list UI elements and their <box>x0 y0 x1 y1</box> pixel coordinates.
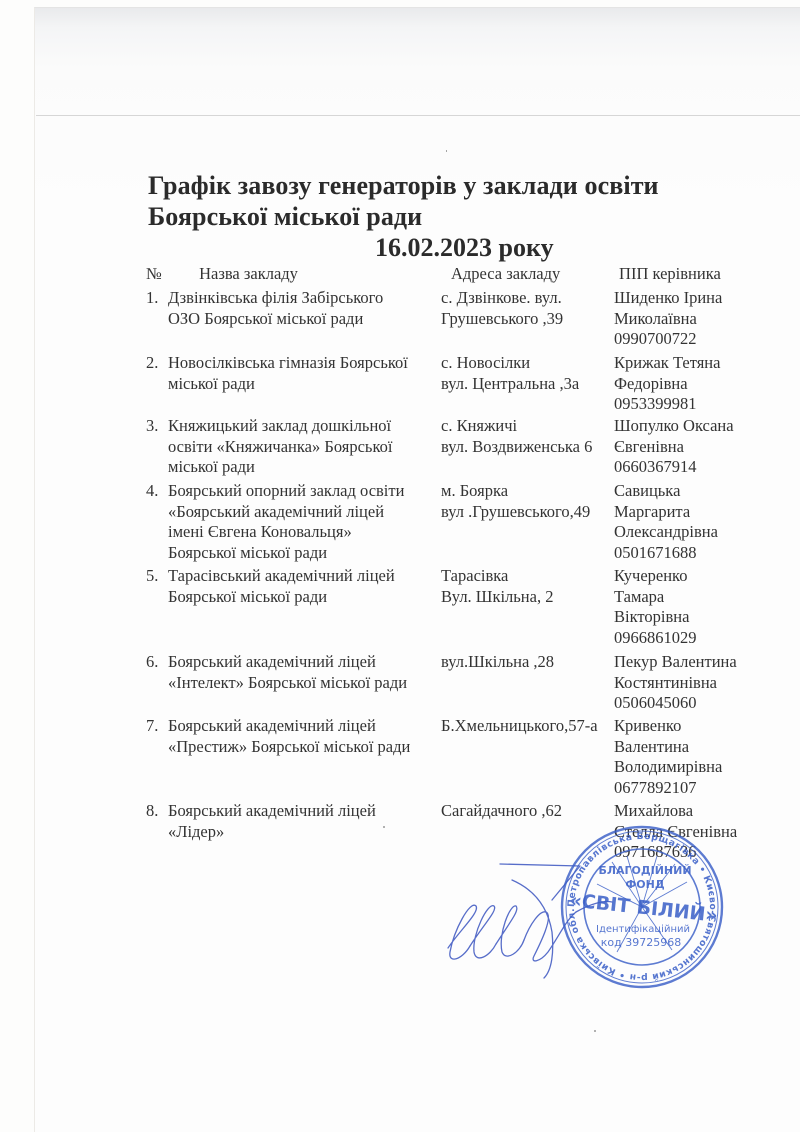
row-name: Боярський академічний ліцей «Престиж» Бо… <box>168 716 441 798</box>
organization-stamp-icon: Петропавлівська Борщагівка • Києво-Свято… <box>557 822 727 992</box>
header-name: Назва закладу <box>199 264 441 286</box>
row-name: Боярський академічний ліцей «Лідер» <box>168 801 441 863</box>
row-number: 7. <box>146 716 168 798</box>
row-name: Боярський опорний заклад освіти «Боярськ… <box>168 481 441 563</box>
table-row: 4. Боярський опорний заклад освіти «Бояр… <box>146 481 796 563</box>
row-head: Крижак Тетяна Федорівна 0953399981 <box>614 353 794 415</box>
row-address: с. Княжичі вул. Воздвиженська 6 <box>441 416 614 478</box>
row-number: 8. <box>146 801 168 863</box>
title-line-1: Графік завозу генераторів у заклади осві… <box>148 170 659 201</box>
row-number: 4. <box>146 481 168 563</box>
row-name: Дзвінківська філія Забірського ОЗО Боярс… <box>168 288 441 350</box>
scan-speck <box>594 1030 596 1032</box>
svg-text:«СВІТ БІЛИЙ»: «СВІТ БІЛИЙ» <box>569 888 719 926</box>
row-address: с. Дзвінкове. вул. Грушевського ,39 <box>441 288 614 350</box>
table-row: 7. Боярський академічний ліцей «Престиж»… <box>146 716 796 798</box>
table-header: № Назва закладу Адреса закладу ПІП керів… <box>146 264 796 286</box>
row-head: Савицька Маргарита Олександрівна 0501671… <box>614 481 794 563</box>
row-head: Кривенко Валентина Володимирівна 0677892… <box>614 716 794 798</box>
svg-text:код 39725968: код 39725968 <box>601 936 681 949</box>
table-row: 3. Княжицький заклад дошкільної освіти «… <box>146 416 796 478</box>
row-address: Б.Хмельницького,57-а <box>441 716 614 798</box>
row-number: 5. <box>146 566 168 648</box>
row-number: 6. <box>146 652 168 714</box>
row-name: Новосілківська гімназія Боярської місько… <box>168 353 441 415</box>
table-row: 6. Боярський академічний ліцей «Інтелект… <box>146 652 796 714</box>
scan-speck <box>446 150 447 152</box>
scan-speck <box>383 826 385 828</box>
scan-fold-line <box>36 115 800 116</box>
header-address: Адреса закладу <box>441 264 619 286</box>
table-row: 1. Дзвінківська філія Забірського ОЗО Бо… <box>146 288 796 350</box>
header-head: ПІП керівника <box>619 264 796 286</box>
document-date: 16.02.2023 року <box>375 232 554 263</box>
row-head: Шиденко Ірина Миколаївна 0990700722 <box>614 288 794 350</box>
row-number: 2. <box>146 353 168 415</box>
table-row: 5. Тарасівський академічний ліцей Боярсь… <box>146 566 796 648</box>
row-name: Тарасівський академічний ліцей Боярської… <box>168 566 441 648</box>
svg-text:ФОНД: ФОНД <box>625 878 664 891</box>
row-address: м. Боярка вул .Грушевського,49 <box>441 481 614 563</box>
row-name: Княжицький заклад дошкільної освіти «Кня… <box>168 416 441 478</box>
header-number: № <box>146 264 199 286</box>
row-name: Боярський академічний ліцей «Інтелект» Б… <box>168 652 441 714</box>
row-number: 1. <box>146 288 168 350</box>
row-number: 3. <box>146 416 168 478</box>
schedule-table: № Назва закладу Адреса закладу ПІП керів… <box>146 264 796 286</box>
row-address: Тарасівка Вул. Шкільна, 2 <box>441 566 614 648</box>
title-line-2: Боярської міської ради <box>148 201 659 232</box>
row-address: с. Новосілки вул. Центральна ,3а <box>441 353 614 415</box>
row-address: вул.Шкільна ,28 <box>441 652 614 714</box>
svg-text:БЛАГОДІЙНИЙ: БЛАГОДІЙНИЙ <box>598 864 691 877</box>
table-row: 2. Новосілківська гімназія Боярської міс… <box>146 353 796 415</box>
row-head: Кучеренко Тамара Вікторівна 0966861029 <box>614 566 794 648</box>
svg-text:Ідентифікаційний: Ідентифікаційний <box>596 923 690 935</box>
row-head: Пекур Валентина Костянтинівна 0506045060 <box>614 652 794 714</box>
document-title: Графік завозу генераторів у заклади осві… <box>148 170 659 232</box>
row-head: Шопулко Оксана Євгенівна 0660367914 <box>614 416 794 478</box>
